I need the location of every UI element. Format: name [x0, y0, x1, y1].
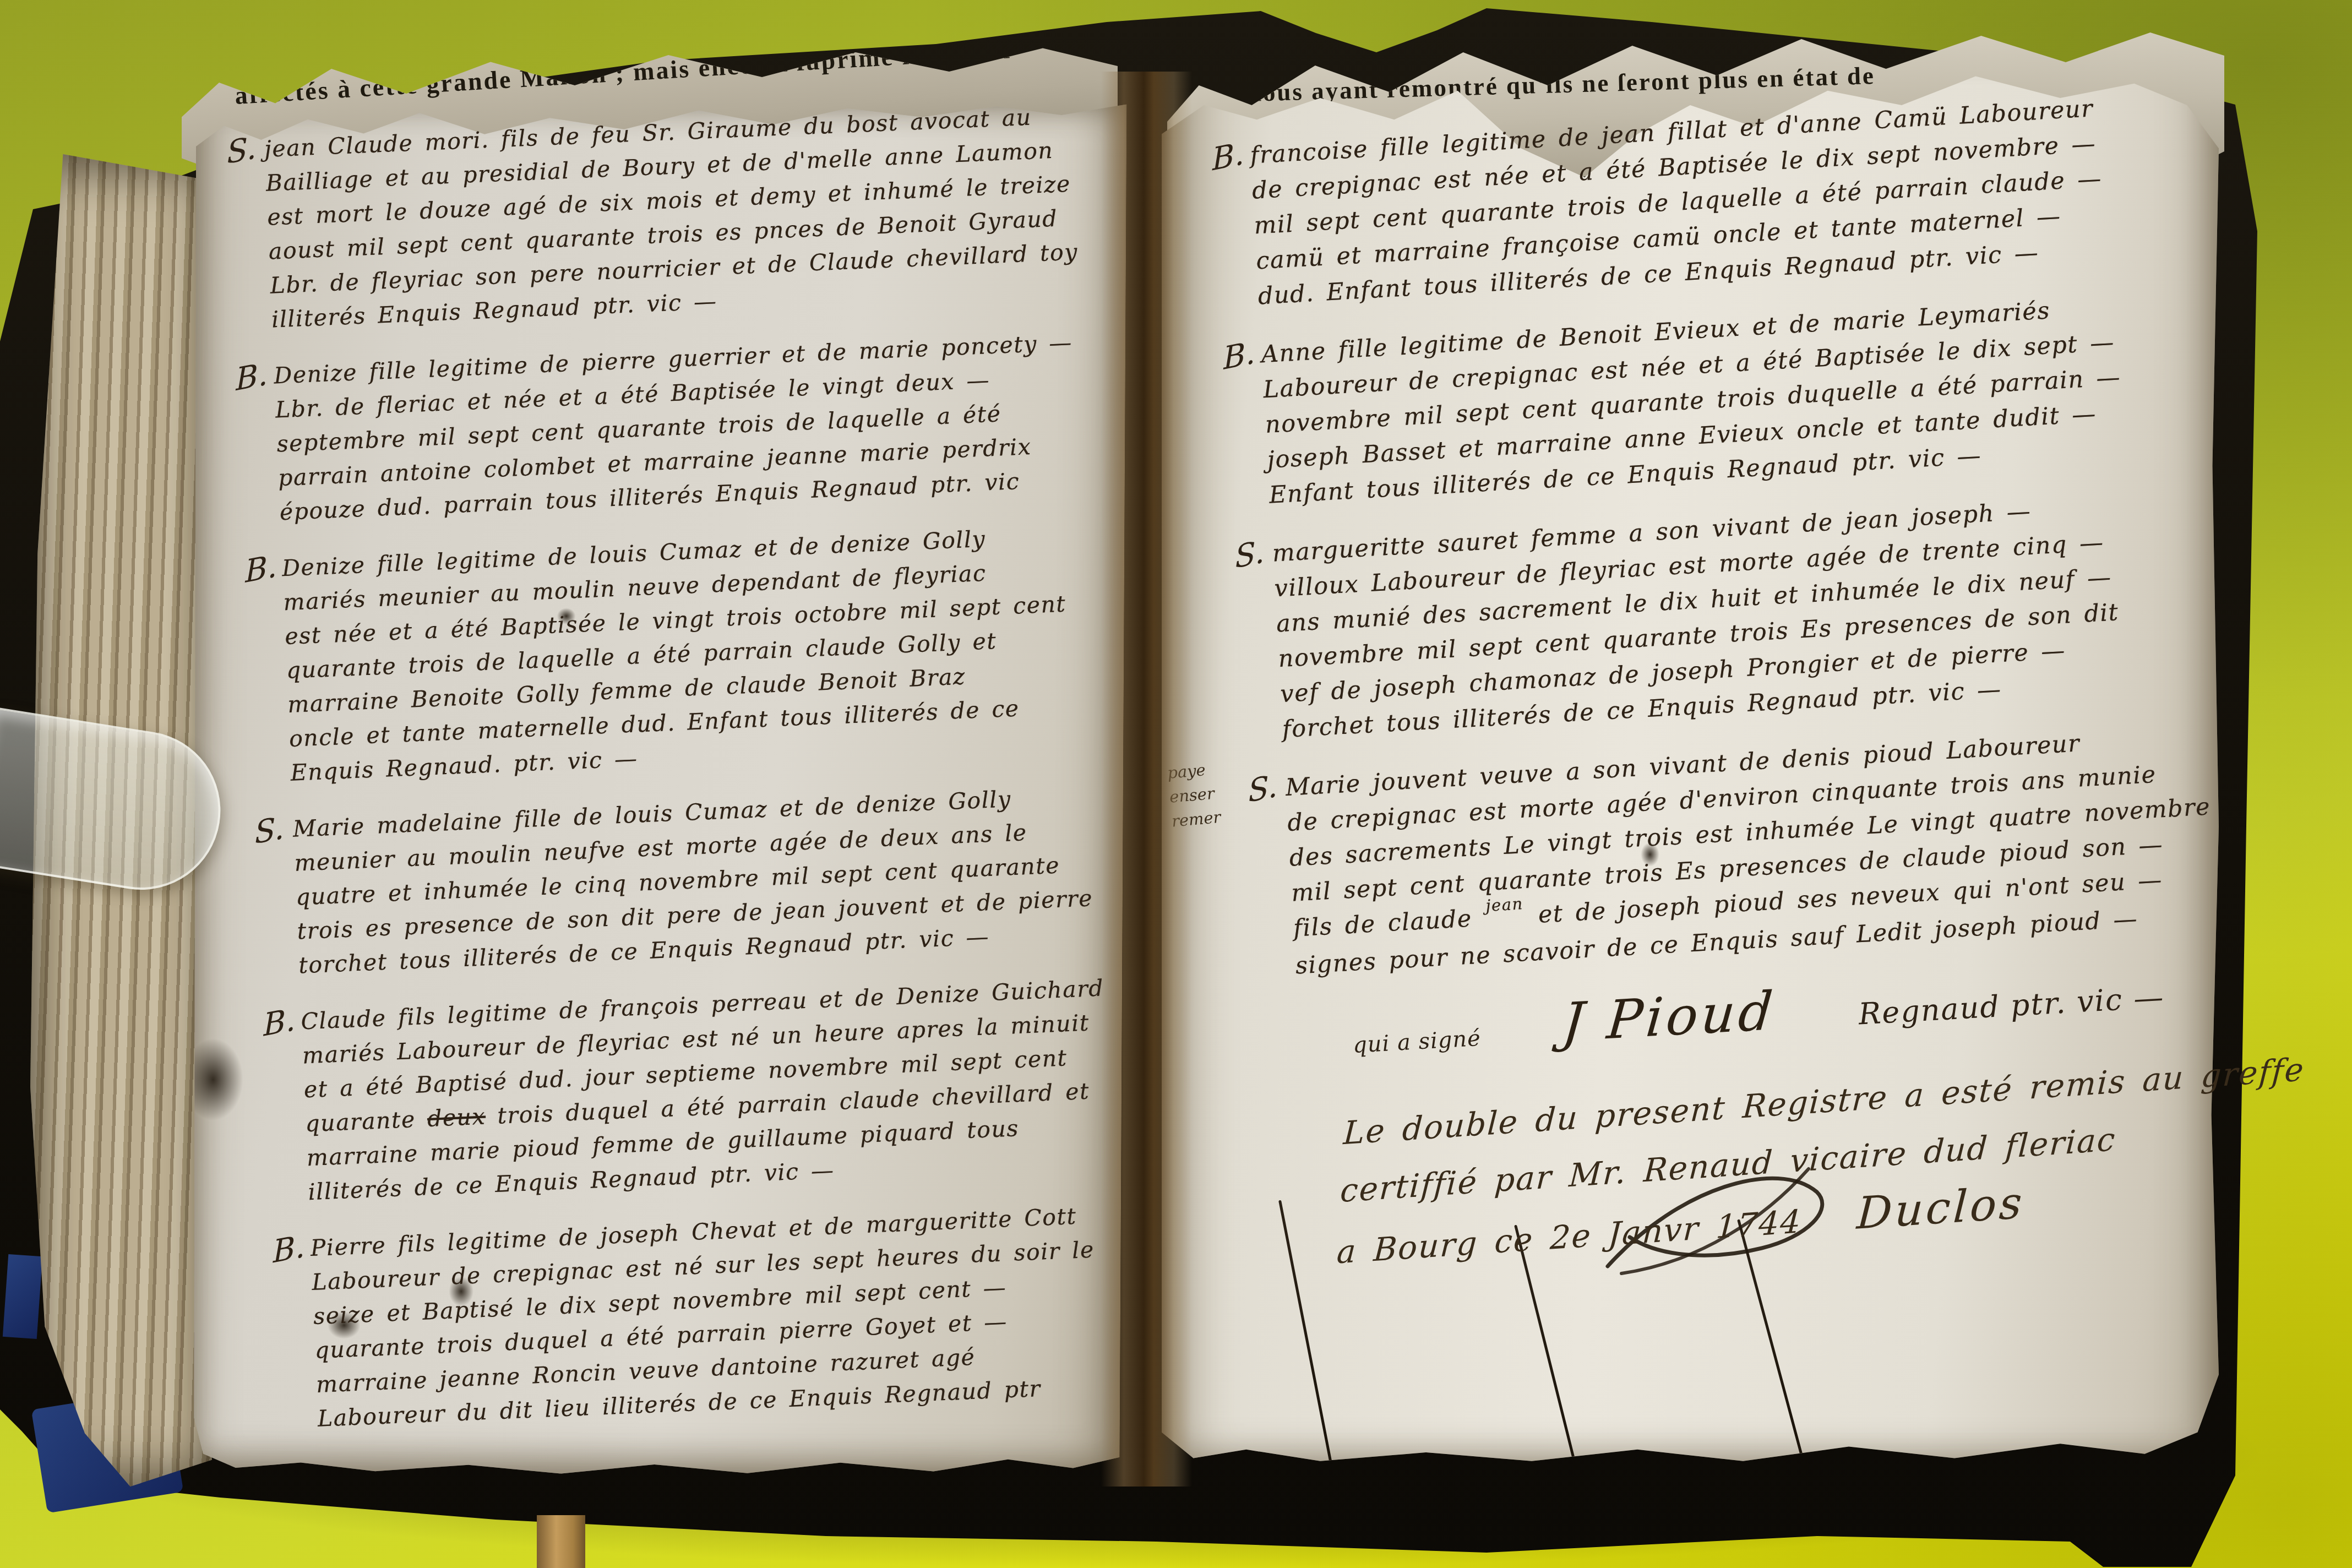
record-margin-letter: S.: [255, 808, 296, 988]
record-margin-letter: B.: [263, 1000, 304, 1215]
left_page-record-5: B.Claude fils legitime de françois perre…: [259, 970, 1142, 1211]
record-margin-letter: S.: [1235, 531, 1280, 754]
left_page-record-3: B.Denize fille legitime de louis Cumaz e…: [241, 516, 1125, 792]
signature-regnaud: Regnaud ptr. vic —: [1858, 980, 2165, 1032]
record-margin-letter: B.: [236, 355, 277, 535]
left_page-record-6: B.Pierre fils legitime de joseph Chevat …: [269, 1196, 1152, 1438]
right_page-record-4: S.Marie jouvent veuve a son vivant de de…: [1244, 718, 2223, 986]
left_page-record-2: B.Denize fille legitime de pierre guerri…: [232, 324, 1114, 531]
left_page-record-1: S.jean Claude mori. fils de feu Sr. Gira…: [223, 97, 1106, 338]
left-page-records: S.jean Claude mori. fils de feu Sr. Gira…: [223, 97, 1153, 1459]
left_page-record-4: S.Marie madelaine fille de louis Cumaz e…: [252, 777, 1134, 984]
record-margin-letter: S.: [1248, 766, 1293, 990]
signature-prefix: qui a signé: [1352, 1026, 1482, 1058]
record-margin-letter: B.: [273, 1227, 314, 1442]
support-stick: [537, 1515, 585, 1568]
inserted-word: jean: [1485, 886, 1525, 923]
record-margin-letter: B.: [1223, 333, 1266, 520]
book-cover-blue-edge: [3, 1254, 42, 1339]
signature-duclos: Duclos: [1855, 1177, 2026, 1239]
printed-fragment-left: affectés à cette grande Maiſon ; mais en…: [234, 35, 1012, 110]
record-margin-letter: S.: [227, 128, 268, 343]
right_page-record-3: S.margueritte sauret femme a son vivant …: [1231, 484, 2210, 750]
photo-scene: affectés à cette grande Maiſon ; mais en…: [0, 0, 2352, 1568]
right_page-record-2: B.Anne fille legitime de Benoit Evieux e…: [1219, 285, 2197, 515]
right-page-records: B.francoise fille legitime de jean filla…: [1208, 86, 2240, 1284]
record-margin-letter: B.: [1212, 134, 1255, 320]
signature-pioud: J Pioud: [1560, 980, 1778, 1054]
record-margin-letter: B.: [245, 547, 287, 797]
